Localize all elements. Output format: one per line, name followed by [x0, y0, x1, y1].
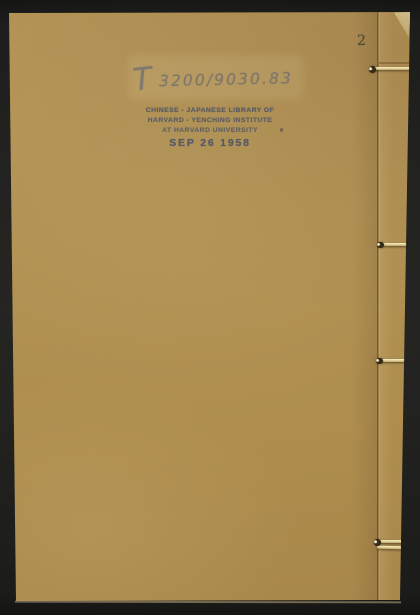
stitch-hole	[369, 66, 376, 73]
stitch-thread	[378, 540, 405, 543]
stitch-thread	[377, 546, 404, 549]
fold-line	[379, 62, 410, 64]
spine-crease-line	[377, 12, 380, 601]
stamp-line-1: CHINESE - JAPANESE LIBRARY OF	[140, 106, 280, 116]
stamp-line-2: HARVARD - YENCHING INSTITUTE	[140, 116, 280, 126]
call-number-value: 3200/9030.83	[159, 65, 293, 90]
photo-background: T 3200/9030.83 CHINESE - JAPANESE LIBRAR…	[0, 0, 420, 615]
ink-dot	[280, 128, 283, 132]
stitch-hole	[377, 242, 384, 248]
library-stamp: CHINESE - JAPANESE LIBRARY OF HARVARD - …	[140, 106, 280, 150]
underpages-edge	[15, 600, 401, 603]
corner-wear	[394, 12, 411, 37]
page-number: 2	[357, 33, 366, 49]
stitch-thread	[373, 67, 412, 71]
call-number-prefix: T	[131, 63, 153, 96]
book-cover: T 3200/9030.83 CHINESE - JAPANESE LIBRAR…	[0, 0, 420, 615]
stitch-thread	[381, 243, 411, 246]
stitch-hole	[376, 358, 383, 364]
stitch-thread	[380, 359, 410, 362]
stitch-hole	[374, 539, 381, 546]
call-number: T 3200/9030.83	[133, 55, 294, 101]
stamp-line-3: AT HARVARD UNIVERSITY	[140, 126, 280, 136]
stamp-date: SEP 26 1958	[140, 137, 280, 150]
